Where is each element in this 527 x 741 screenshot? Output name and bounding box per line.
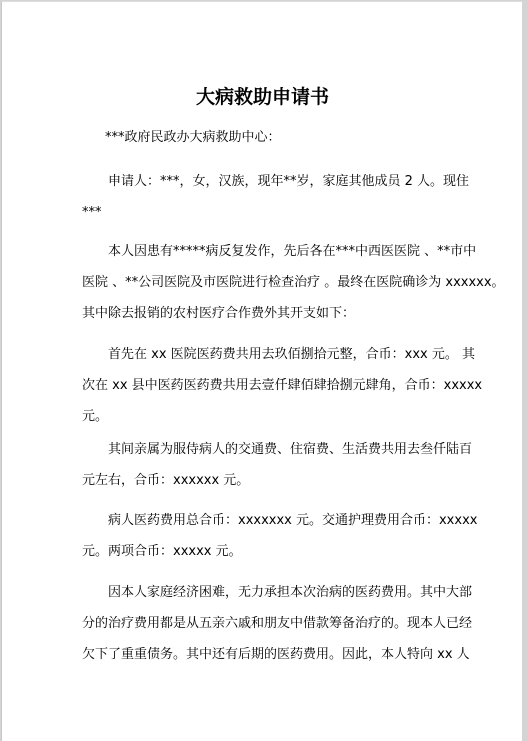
document-page: 大病救助申请书 ***政府民政办大病救助中心： 申请人：***，女，汉族，现年*… bbox=[1, 1, 522, 741]
paragraph-line: 元。两项合币：xxxxx 元。 bbox=[82, 536, 447, 567]
paragraph-totals: 病人医药费用总合币：xxxxxxx 元。交通护理费用合币：xxxxx 元。两项合… bbox=[82, 505, 447, 567]
paragraph-line: 首先在 xx 医院医药费共用去玖佰捌拾元整，合币：xxx 元。 其 bbox=[82, 339, 447, 370]
paragraph-line: 其中除去报销的农村医疗合作费外其开支如下： bbox=[82, 298, 447, 329]
paragraph-line: 分的治疗费用都是从五亲六戚和朋友中借款筹备治疗的。现本人已经 bbox=[82, 608, 447, 639]
paragraph-line: 病人医药费用总合币：xxxxxxx 元。交通护理费用合币：xxxxx bbox=[82, 505, 447, 536]
paragraph-applicant: 申请人：***，女，汉族，现年**岁，家庭其他成员 2 人。现住 *** bbox=[82, 166, 447, 228]
paragraph-line: 欠下了重重债务。其中还有后期的医药费用。因此，本人特向 xx 人 bbox=[82, 639, 447, 670]
paragraph-line: 因本人家庭经济困难，无力承担本次治病的医药费用。其中大部 bbox=[82, 577, 447, 608]
paragraph-line: 申请人：***，女，汉族，现年**岁，家庭其他成员 2 人。现住 bbox=[82, 166, 447, 197]
paragraph-line: 次在 xx 县中医药医药费共用去壹仟肆佰肆拾捌元肆角，合币：xxxxx bbox=[82, 370, 447, 401]
paragraph-illness: 本人因患有*****病反复发作，先后各在***中西医医院 、**市中 医院 、*… bbox=[82, 236, 447, 329]
paragraph-line: 其间亲属为服侍病人的交通费、住宿费、生活费共用去叁仟陆百 bbox=[82, 434, 447, 465]
document-title: 大病救助申请书 bbox=[2, 82, 523, 109]
salutation: ***政府民政办大病救助中心： bbox=[105, 126, 281, 145]
paragraph-line: 医院 、**公司医院及市医院进行检查治疗 。最终在医院确诊为 xxxxxx。 bbox=[82, 267, 447, 298]
paragraph-family-costs: 其间亲属为服侍病人的交通费、住宿费、生活费共用去叁仟陆百 元左右，合币：xxxx… bbox=[82, 434, 447, 496]
paragraph-hardship: 因本人家庭经济困难，无力承担本次治病的医药费用。其中大部 分的治疗费用都是从五亲… bbox=[82, 577, 447, 670]
paragraph-line: 元。 bbox=[82, 401, 447, 432]
paragraph-line: 元左右，合币：xxxxxx 元。 bbox=[82, 465, 447, 496]
paragraph-line: *** bbox=[82, 197, 447, 228]
paragraph-line: 本人因患有*****病反复发作，先后各在***中西医医院 、**市中 bbox=[82, 236, 447, 267]
paragraph-hospital-costs: 首先在 xx 医院医药费共用去玖佰捌拾元整，合币：xxx 元。 其 次在 xx … bbox=[82, 339, 447, 432]
